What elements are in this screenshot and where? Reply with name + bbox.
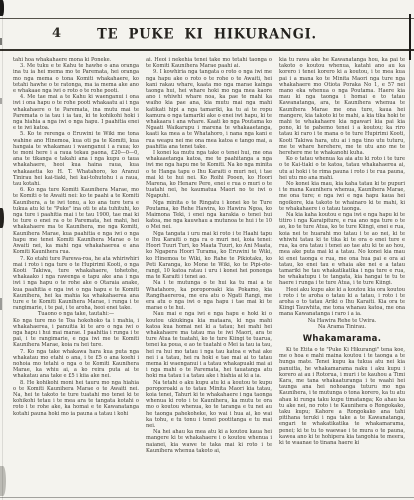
scan-artifact — [0, 466, 6, 496]
article-body: tahi hoa whakahaere mona ki Poneke. 3. M… — [13, 57, 405, 465]
paragraph: Na tetahi o aku kupu atu ki a koutou te … — [146, 380, 272, 430]
scan-artifact — [0, 298, 2, 310]
column-1: tahi hoa whakahaere mona ki Poneke. 3. M… — [13, 57, 139, 465]
header-rule-bottom — [0, 49, 414, 51]
paragraph: Na i te mutunga o te hui ka tu mai a te … — [146, 280, 272, 311]
paragraph: 7. Ko nga take whakawa hara kua puta nga… — [13, 349, 139, 380]
paragraph: Heoi aku kupu ake ki a koutou kia ora ko… — [279, 287, 405, 318]
scan-artifact — [0, 497, 414, 498]
paragraph: 3. Me tuku e te Kahu te hawhe o ana oran… — [13, 63, 139, 94]
section-heading-whakamarama: Whakamarama. — [279, 334, 405, 344]
paragraph: 9. I kowhiria nga tangata o roto o nga i… — [146, 69, 272, 150]
scan-artifact — [409, 60, 410, 150]
column-2: ai. Heoi i nekehia tenei take mo tetahi … — [146, 57, 272, 465]
paragraph: 4. Me tae mai a te Kahu ki waenganui i o… — [13, 94, 139, 131]
column-3: kia tu rawa ake he Kawanatanga hou, ka p… — [279, 57, 405, 465]
paragraph: ai. Heoi i nekehia tenei take mo tetahi … — [146, 57, 272, 69]
paragraph: Ko nga ture mo te Toa hokohoko ta i mahi… — [13, 318, 139, 349]
paragraph: Ko o tatau whenua ka aia atu ki roto i t… — [279, 156, 405, 181]
paragraph: Nau mai e nga iwi e nga hapu e hoki ki o… — [146, 311, 272, 379]
paragraph: Nga minita o te Ringatu i konei ko te Tu… — [146, 200, 272, 231]
paragraph: Ki te Etita o te "Puke Ki Hikurangi" ten… — [279, 347, 405, 446]
paragraph: Na kia kaha koutou e nga iwi e nga hapu … — [279, 212, 405, 286]
paragraph: No konei kia mau, kia kaha tatau ki te p… — [279, 181, 405, 212]
paragraph: kia tu rawa ake he Kawanatanga hou, ka p… — [279, 57, 405, 156]
paragraph: 6. Ko nga ture Komiti Kaunihera Marae, m… — [13, 187, 139, 255]
scan-artifact — [2, 0, 3, 500]
paragraph: Nga tangata i uru mai ki roto i te Haahi… — [146, 231, 272, 281]
paragraph: Na hei ahau ka mea atu ki a koutou kaua … — [146, 429, 272, 454]
scan-artifact — [0, 0, 4, 16]
paragraph: 5. Ko te rerenga o Eruwini te Wiki me to… — [13, 131, 139, 187]
signature-line: Na Arama Tinirau. — [279, 324, 405, 330]
header-rule-top — [0, 18, 414, 19]
newspaper-masthead: TE PUKE KI HIKURANGI. — [0, 26, 414, 42]
newspaper-page: { "page": { "number": "4", "masthead": "… — [0, 0, 414, 500]
paragraph: 7. Ko etahi ture Parewa-roa, he ata whir… — [13, 256, 139, 312]
scan-artifact — [0, 98, 2, 104]
paragraph: 8. He kohikohi moni hei tauru mo nga hia… — [13, 380, 139, 417]
paragraph: I konei ka mutu nga take o tenei hui, me… — [146, 150, 272, 200]
scan-artifact — [0, 208, 4, 228]
